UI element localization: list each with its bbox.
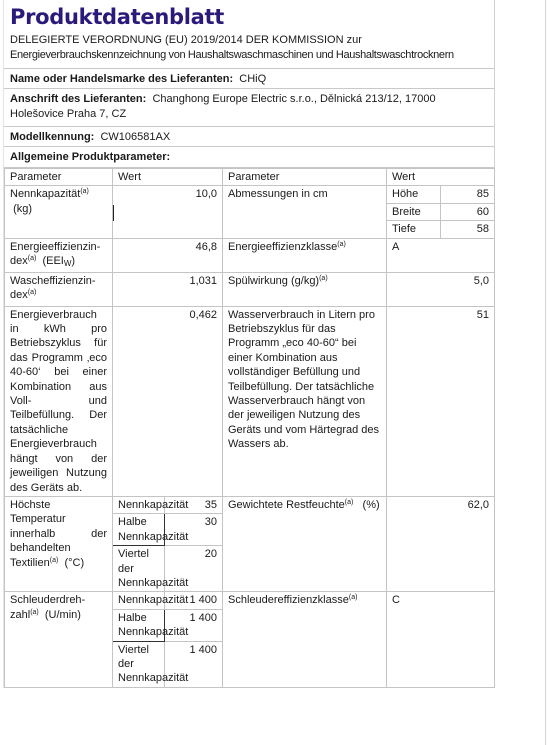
eei-unit-close: ) bbox=[71, 255, 75, 267]
footnote-mark: (a) bbox=[319, 275, 328, 282]
water-consumption-label: Wasserverbrauch in Litern pro Betriebszy… bbox=[223, 306, 387, 496]
supplier-address-row: Anschrift des Lieferanten: Changhong Eur… bbox=[4, 89, 494, 127]
dimension-depth-value: 58 bbox=[441, 221, 495, 238]
spin-class-label: Schleudereffizienzklasse(a) bbox=[223, 592, 387, 687]
parameters-table: Parameter Wert Parameter Wert Nennkapazi… bbox=[4, 168, 495, 688]
table-header-row: Parameter Wert Parameter Wert bbox=[5, 169, 495, 186]
table-row: Energieeffizienzin-dex(a) (EEIW) 46,8 En… bbox=[5, 238, 495, 272]
table-row: Wascheffizienzin-dex(a) 1,031 Spülwirkun… bbox=[5, 272, 495, 306]
dimension-width-label: Breite bbox=[387, 203, 441, 220]
footnote-mark: (a) bbox=[337, 241, 346, 248]
max-temp-unit: (°C) bbox=[64, 557, 84, 569]
supplier-name-value: CHiQ bbox=[239, 73, 266, 85]
energy-class-value: A bbox=[387, 238, 495, 272]
spin-load-full: Nennkapazität bbox=[113, 592, 165, 609]
text-cursor-mark bbox=[113, 205, 114, 221]
spin-load-quarter: Viertel der Nennkapazität bbox=[113, 641, 165, 687]
footnote-mark: (a) bbox=[80, 188, 89, 195]
header-parameter-2: Parameter bbox=[223, 169, 387, 186]
spin-load-half: Halbe Nennkapazität bbox=[113, 609, 165, 641]
footnote-mark: (a) bbox=[349, 594, 358, 601]
residual-moisture-value: 62,0 bbox=[387, 496, 495, 591]
residual-moisture-label: Gewichtete Restfeuchte(a) (%) bbox=[223, 496, 387, 591]
capacity-label: Nennkapazität(a) (kg) bbox=[5, 186, 113, 238]
footnote-mark: (a) bbox=[50, 557, 59, 564]
dimensions-label: Abmessungen in cm bbox=[223, 186, 387, 238]
wash-efficiency-value: 1,031 bbox=[113, 272, 223, 306]
dimension-height-label: Höhe bbox=[387, 186, 441, 203]
model-value: CW106581AX bbox=[100, 131, 170, 143]
intro-line-2: Energieverbrauchskennzeichnung von Haush… bbox=[10, 48, 488, 63]
footnote-mark: (a) bbox=[28, 289, 37, 296]
footnote-mark: (a) bbox=[345, 499, 354, 506]
spin-speed-label: Schleuderdreh-zahl(a) (U/min) bbox=[5, 592, 113, 687]
dimension-width-value: 60 bbox=[441, 203, 495, 220]
capacity-unit: (kg) bbox=[13, 203, 32, 215]
page-edge bbox=[545, 0, 546, 745]
table-row: Energieverbrauch in kWh pro Betriebszykl… bbox=[5, 306, 495, 496]
header-parameter-1: Parameter bbox=[5, 169, 113, 186]
capacity-label-text: Nennkapazität bbox=[10, 188, 80, 200]
water-consumption-value: 51 bbox=[387, 306, 495, 496]
product-datasheet: Produktdatenblatt DELEGIERTE VERORDNUNG … bbox=[3, 0, 495, 688]
spin-class-value: C bbox=[387, 592, 495, 687]
energy-consumption-value: 0,462 bbox=[113, 306, 223, 496]
model-row: Modellkennung: CW106581AX bbox=[4, 127, 494, 147]
spin-speed-unit: (U/min) bbox=[45, 609, 81, 621]
header-value-1: Wert bbox=[113, 169, 223, 186]
max-temp-label: Höchste Temperatur innerhalb der behande… bbox=[5, 496, 113, 591]
rinse-label-text: Spülwirkung (g/kg) bbox=[228, 275, 319, 287]
rinse-value: 5,0 bbox=[387, 272, 495, 306]
eei-label: Energieeffizienzin-dex(a) (EEIW) bbox=[5, 238, 113, 272]
energy-consumption-label: Energieverbrauch in kWh pro Betriebszykl… bbox=[5, 306, 113, 496]
table-row: Höchste Temperatur innerhalb der behande… bbox=[5, 496, 495, 513]
footnote-mark: (a) bbox=[28, 255, 37, 262]
wash-efficiency-label: Wascheffizienzin-dex(a) bbox=[5, 272, 113, 306]
capacity-value-text: 10,0 bbox=[196, 188, 217, 200]
residual-moisture-label-text: Gewichtete Restfeuchte bbox=[228, 499, 345, 511]
general-heading-text: Allgemeine Produktparameter: bbox=[10, 151, 170, 163]
document-title: Produktdatenblatt bbox=[4, 0, 494, 33]
intro-line-1: DELEGIERTE VERORDNUNG (EU) 2019/2014 DER… bbox=[10, 33, 488, 48]
footnote-mark: (a) bbox=[30, 609, 39, 616]
dimension-height-value: 85 bbox=[441, 186, 495, 203]
max-temp-label-text: Höchste Temperatur innerhalb der behande… bbox=[10, 499, 107, 569]
max-temp-load-full: Nennkapazität bbox=[113, 496, 165, 513]
rinse-label: Spülwirkung (g/kg)(a) bbox=[223, 272, 387, 306]
capacity-value: 10,0 bbox=[113, 186, 223, 238]
residual-moisture-unit: (%) bbox=[363, 499, 380, 511]
model-label: Modellkennung: bbox=[10, 131, 94, 143]
general-parameters-heading: Allgemeine Produktparameter: bbox=[4, 147, 494, 168]
max-temp-load-quarter: Viertel der Nennkapazität bbox=[113, 546, 165, 592]
supplier-name-label: Name oder Handelsmarke des Lieferanten: bbox=[10, 73, 233, 85]
max-temp-load-half: Halbe Nennkapazität bbox=[113, 514, 165, 546]
eei-value: 46,8 bbox=[113, 238, 223, 272]
eei-unit: (EEI bbox=[42, 255, 63, 267]
header-value-2: Wert bbox=[387, 169, 495, 186]
energy-class-label: Energieeffizienzklasse(a) bbox=[223, 238, 387, 272]
spin-class-label-text: Schleudereffizienzklasse bbox=[228, 594, 349, 606]
table-row: Nennkapazität(a) (kg) 10,0 Abmessungen i… bbox=[5, 186, 495, 203]
energy-class-label-text: Energieeffizienzklasse bbox=[228, 241, 337, 253]
supplier-address-label: Anschrift des Lieferanten: bbox=[10, 93, 146, 105]
table-row: Schleuderdreh-zahl(a) (U/min) Nennkapazi… bbox=[5, 592, 495, 609]
dimension-depth-label: Tiefe bbox=[387, 221, 441, 238]
regulation-intro: DELEGIERTE VERORDNUNG (EU) 2019/2014 DER… bbox=[4, 33, 494, 69]
supplier-name-row: Name oder Handelsmarke des Lieferanten: … bbox=[4, 69, 494, 89]
